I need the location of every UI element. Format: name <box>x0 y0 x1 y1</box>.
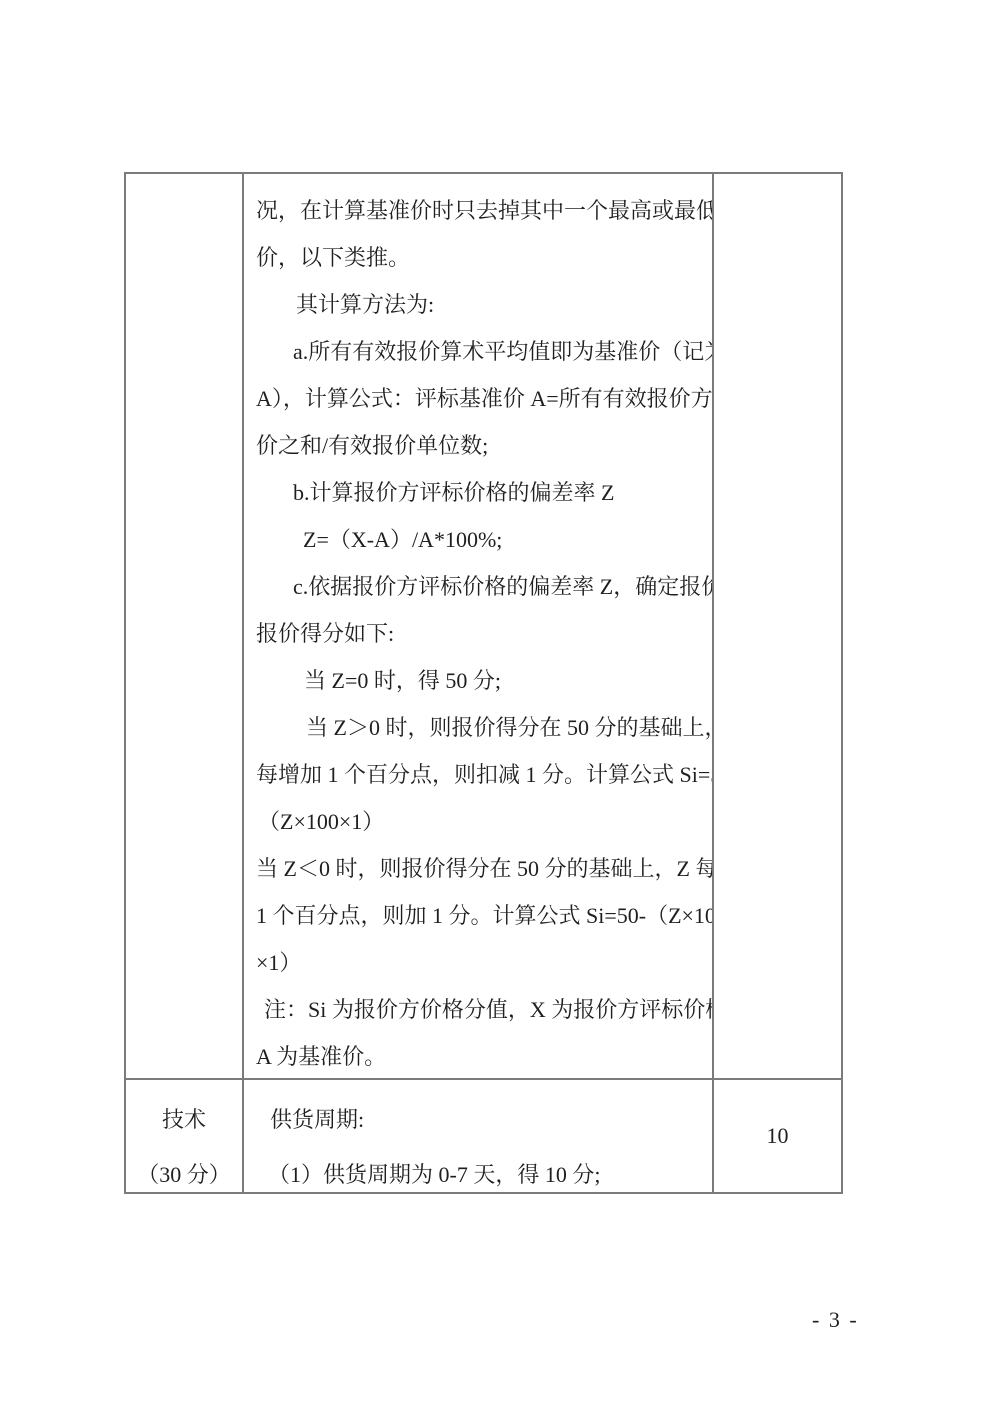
note-text-line: A 为基准价。 <box>256 1033 702 1080</box>
criteria-text-line: 价，以下类推。 <box>256 234 702 281</box>
criteria-text-line: （1）供货周期为 0-7 天，得 10 分; <box>256 1147 702 1192</box>
criteria-text-line: 供货周期: <box>256 1092 702 1147</box>
criteria-text-line: A），计算公式：评标基准价 A=所有有效报价方评标 <box>256 375 702 422</box>
technical-criteria-cell: 供货周期: （1）供货周期为 0-7 天，得 10 分; <box>244 1080 714 1192</box>
formula-text-line: ×1） <box>256 939 702 986</box>
formula-text-line: （Z×100×1） <box>256 798 702 845</box>
criteria-text-line: 其计算方法为: <box>256 281 702 328</box>
category-cell-empty <box>126 174 244 1080</box>
criteria-text-line: 当 Z＞0 时，则报价得分在 50 分的基础上，Z <box>256 704 702 751</box>
criteria-text-line: 每增加 1 个百分点，则扣减 1 分。计算公式 Si=50- <box>256 751 702 798</box>
criteria-text-line: 1 个百分点，则加 1 分。计算公式 Si=50-（Z×100 <box>256 892 702 939</box>
category-score: （30 分） <box>126 1147 242 1192</box>
evaluation-criteria-table: 况，在计算基准价时只去掉其中一个最高或最低报 价，以下类推。 其计算方法为: a… <box>124 172 843 1194</box>
price-criteria-cell: 况，在计算基准价时只去掉其中一个最高或最低报 价，以下类推。 其计算方法为: a… <box>244 174 714 1080</box>
criteria-text-line: 况，在计算基准价时只去掉其中一个最高或最低报 <box>256 187 702 234</box>
criteria-text-line: 当 Z=0 时，得 50 分; <box>256 657 702 704</box>
criteria-text-line: a.所有有效报价算术平均值即为基准价（记为 <box>256 328 702 375</box>
criteria-text-line: 当 Z＜0 时，则报价得分在 50 分的基础上，Z 每减少 <box>256 845 702 892</box>
formula-text-line: Z=（X-A）/A*100%; <box>256 516 702 563</box>
criteria-text-line: c.依据报价方评标价格的偏差率 Z，确定报价方 <box>256 563 702 610</box>
page-number: - 3 - <box>812 1307 859 1333</box>
score-cell-empty <box>714 174 841 1080</box>
criteria-text-line: 价之和/有效报价单位数; <box>256 422 702 469</box>
criteria-text-line: b.计算报价方评标价格的偏差率 Z <box>256 469 702 516</box>
document-page: 况，在计算基准价时只去掉其中一个最高或最低报 价，以下类推。 其计算方法为: a… <box>0 0 1000 1414</box>
note-text-line: 注：Si 为报价方价格分值，X 为报价方评标价格， <box>256 986 702 1033</box>
criteria-text-line: 报价得分如下: <box>256 610 702 657</box>
category-cell-technical: 技术 （30 分） <box>126 1080 244 1192</box>
score-cell-technical: 10 <box>714 1080 841 1192</box>
category-name: 技术 <box>126 1092 242 1147</box>
score-value: 10 <box>767 1123 789 1149</box>
